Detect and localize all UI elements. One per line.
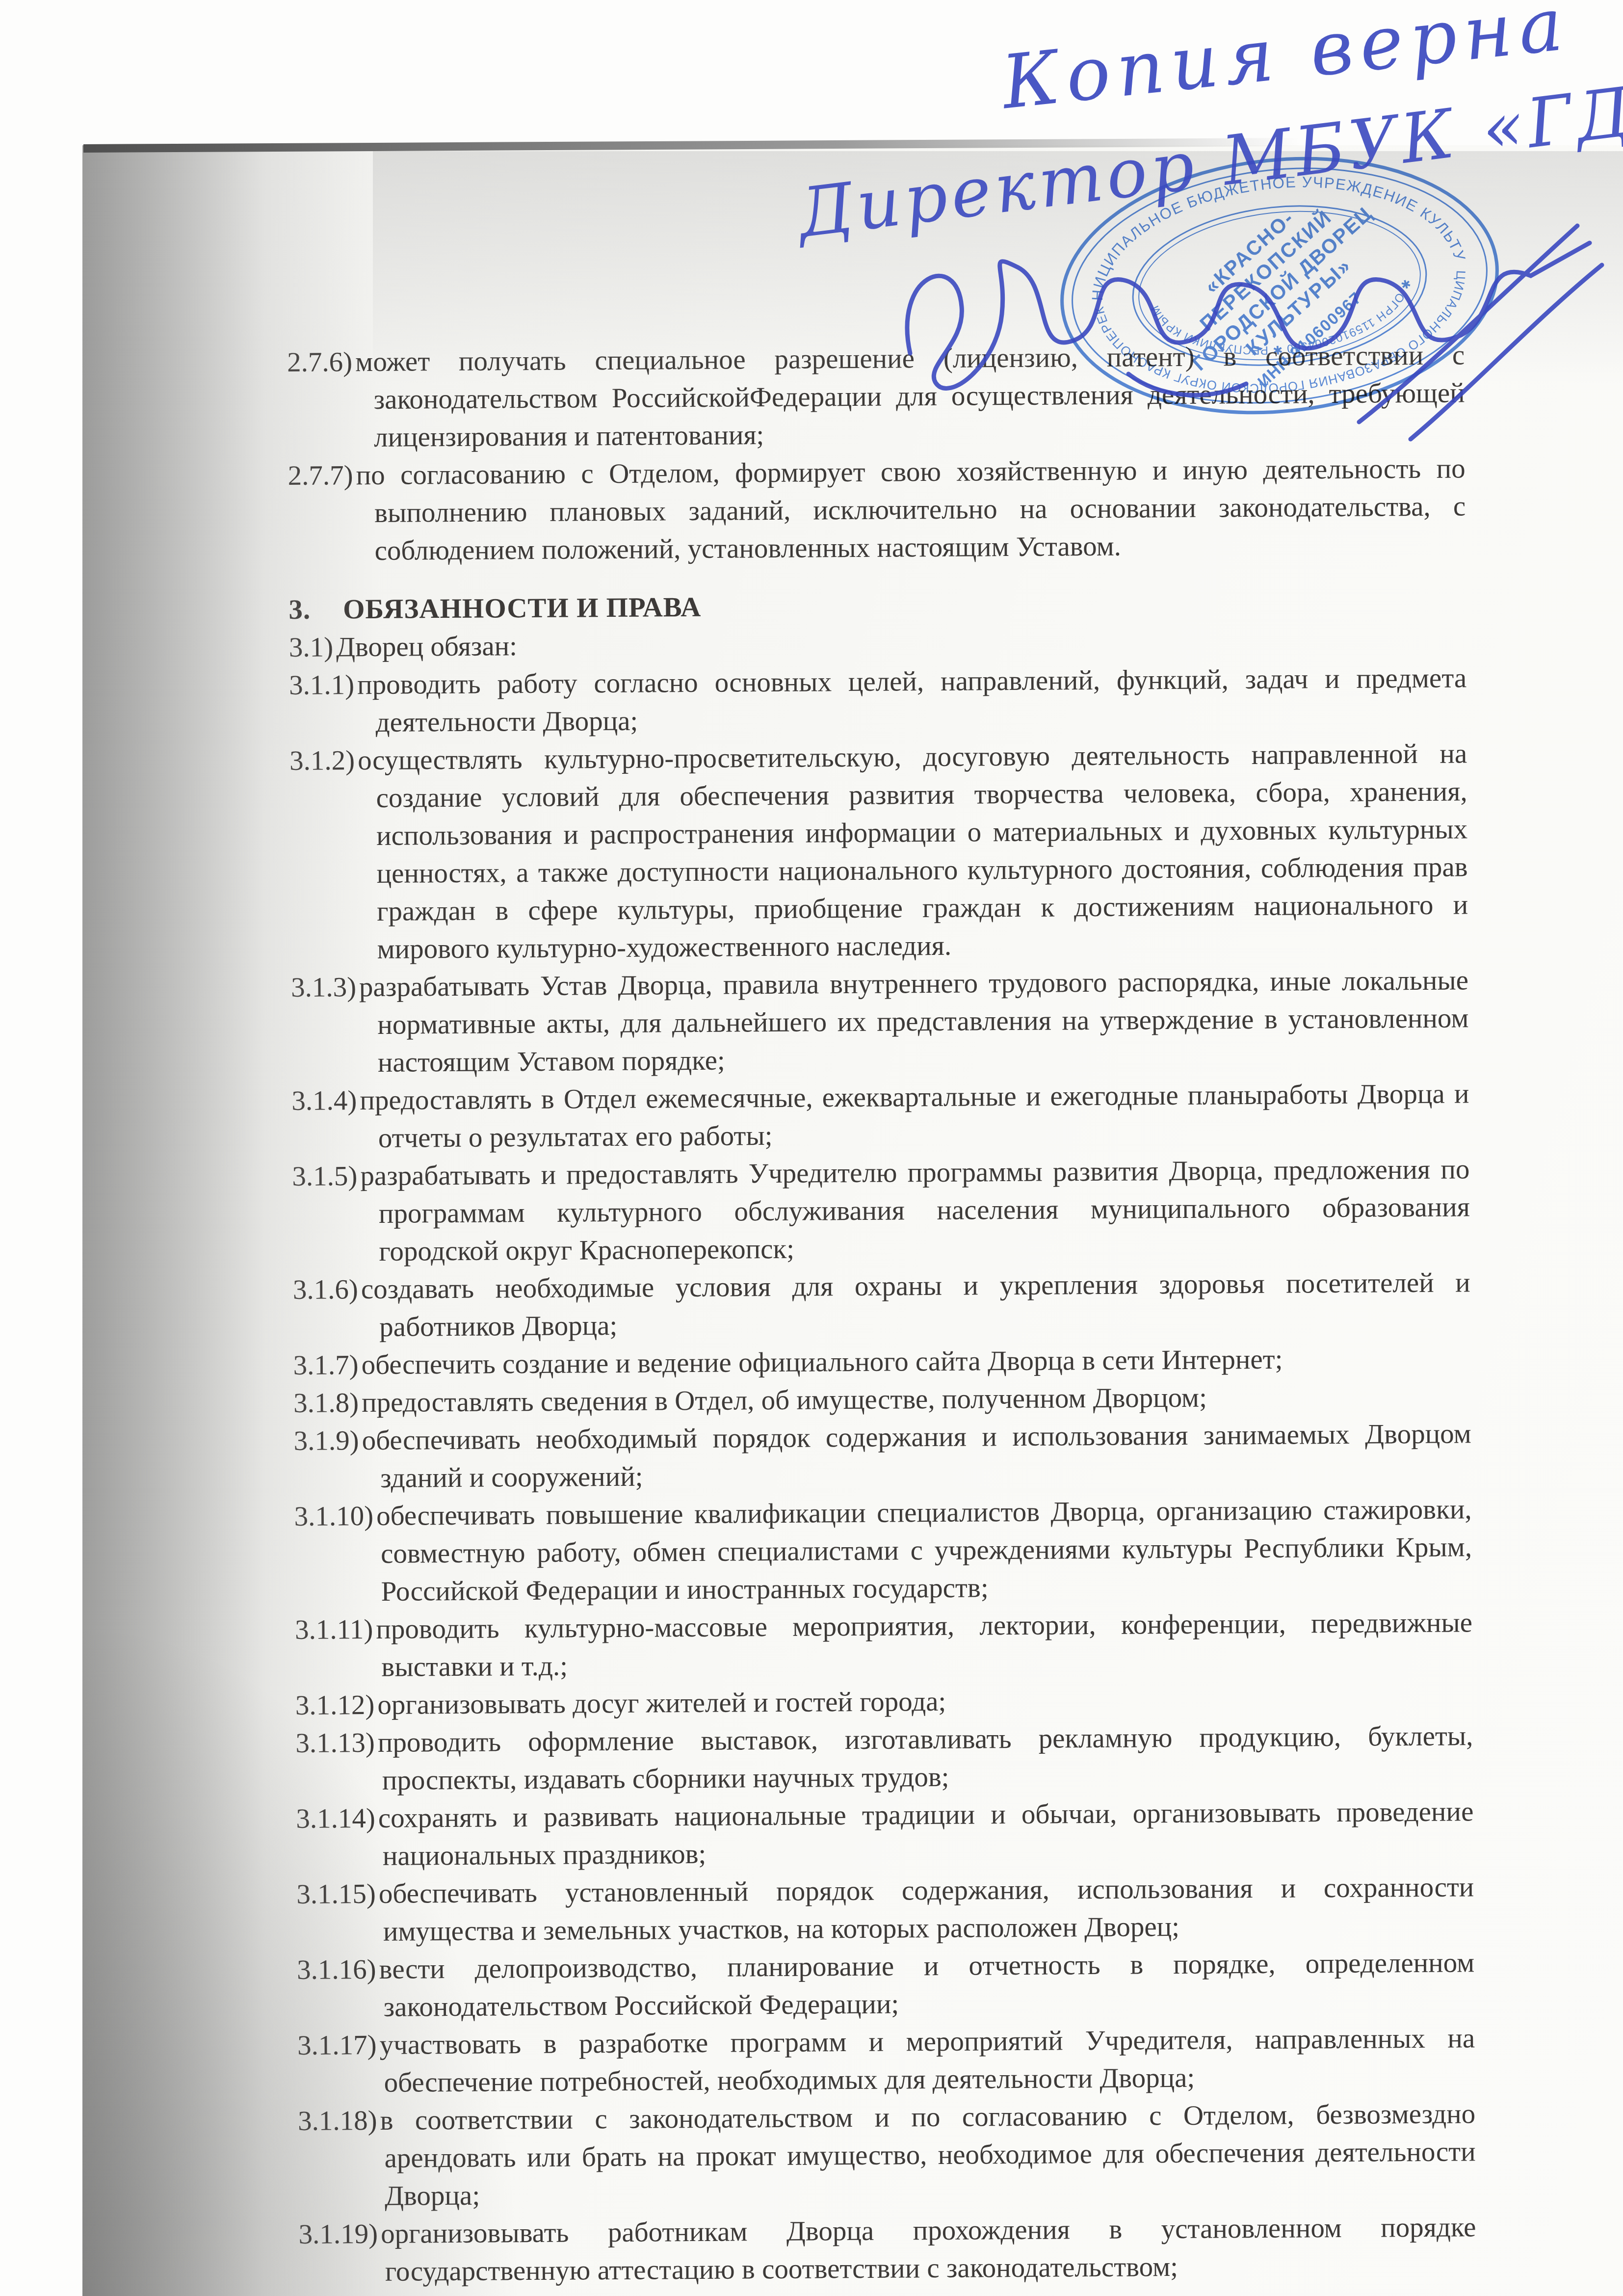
clause-number: 3.1.17): [297, 2030, 377, 2061]
clause-text: участвовать в разработке программ и меро…: [379, 2023, 1475, 2098]
clause-number: 3.1.18): [298, 2105, 377, 2137]
clause-number: 3.1.7): [293, 1349, 359, 1381]
document-body: 2.7.6)может получать специальное разреше…: [287, 336, 1476, 2291]
scanned-document-page: 2.7.6)может получать специальное разреше…: [0, 0, 1623, 2296]
numbered-clause: 2.7.7)по согласованию с Отделом, формиру…: [288, 449, 1466, 570]
clause-number: 3.1.14): [296, 1803, 375, 1834]
clause-number: 3.1.19): [298, 2218, 378, 2250]
numbered-clause: 3.1.5)разрабатывать и предоставлять Учре…: [292, 1150, 1470, 1271]
clause-text: Дворец обязан:: [336, 631, 517, 662]
clause-text: проводить культурно-массовые мероприятия…: [376, 1607, 1472, 1683]
clause-number: 3.1.9): [293, 1425, 359, 1456]
clause-text: сохранять и развивать национальные тради…: [378, 1796, 1474, 1872]
clause-text: проводить оформление выставок, изготавли…: [378, 1720, 1473, 1796]
clause-number: 3.1.11): [295, 1614, 373, 1645]
clause-text: предоставлять в Отдел ежемесячные, ежекв…: [360, 1078, 1469, 1154]
clause-number: 3.1.5): [292, 1161, 357, 1192]
clause-text: организовывать досуг жителей и гостей го…: [377, 1686, 946, 1720]
clause-text: осуществлять культурно-просветительскую,…: [358, 738, 1468, 965]
clause-number: 3.1): [289, 632, 334, 663]
numbered-clause: 3.1.12)организовывать досуг жителей и го…: [295, 1679, 1473, 1724]
numbered-clause: 3.1.16)вести делопроизводство, планирова…: [297, 1944, 1475, 2027]
clause-number: 3.1.3): [291, 972, 356, 1003]
clause-text: разрабатывать и предоставлять Учредителю…: [360, 1154, 1470, 1267]
numbered-clause: 3.1.7)обеспечить создание и ведение офиц…: [293, 1339, 1470, 1384]
clause-text: ОБЯЗАННОСТИ И ПРАВА: [343, 592, 702, 625]
clause-text: вести делопроизводство, планирование и о…: [379, 1947, 1475, 2023]
clause-number: 3.1.13): [295, 1727, 375, 1759]
clause-number: 2.7.7): [288, 460, 353, 491]
clause-number: 3.1.4): [291, 1085, 357, 1116]
clause-text: предоставлять сведения в Отдел, об имуще…: [362, 1382, 1207, 1419]
clause-number: 2.7.6): [287, 346, 352, 378]
numbered-clause: 3.1.4)предоставлять в Отдел ежемесячные,…: [291, 1075, 1469, 1158]
clause-number: 3.1.12): [295, 1689, 375, 1721]
numbered-clause: 3.1.1)проводить работу согласно основных…: [289, 659, 1467, 742]
numbered-clause: 3.1.11)проводить культурно-массовые меро…: [295, 1604, 1473, 1687]
clause-text: разрабатывать Устав Дворца, правила внут…: [359, 965, 1469, 1078]
clause-number: 3.: [288, 594, 311, 625]
clause-text: обеспечить создание и ведение официально…: [362, 1344, 1283, 1380]
clause-number: 3.1.16): [297, 1954, 376, 1985]
numbered-clause: 3.1.14)сохранять и развивать национальны…: [296, 1793, 1474, 1875]
clause-number: 3.1.8): [293, 1387, 359, 1419]
numbered-clause: 3.1.3)разрабатывать Устав Дворца, правил…: [291, 961, 1469, 1082]
numbered-clause: 3.1.13)проводить оформление выставок, из…: [295, 1717, 1473, 1800]
clause-number: 3.1.1): [289, 669, 354, 701]
section-heading: 3.ОБЯЗАННОСТИ И ПРАВА: [288, 583, 1466, 629]
numbered-clause: 3.1.10)обеспечивать повышение квалификац…: [294, 1490, 1472, 1611]
numbered-clause: 3.1.8)предоставлять сведения в Отдел, об…: [293, 1377, 1471, 1422]
numbered-clause: 3.1.15)обеспечивать установленный порядо…: [296, 1868, 1474, 1951]
clause-text: проводить работу согласно основных целей…: [357, 662, 1466, 738]
clause-number: 3.1.6): [293, 1274, 358, 1305]
clause-text: организовывать работникам Дворца прохожд…: [381, 2212, 1476, 2287]
clause-text: обеспечивать установленный порядок содер…: [379, 1872, 1474, 1947]
clause-text: по согласованию с Отделом, формирует сво…: [356, 453, 1466, 566]
signature-scribble: [864, 191, 1623, 466]
numbered-clause: 3.1.19)организовывать работникам Дворца …: [298, 2208, 1476, 2291]
clause-text: обеспечивать необходимый порядок содержа…: [362, 1418, 1471, 1494]
clause-number: 3.1.15): [296, 1878, 376, 1910]
numbered-clause: 3.1.9)обеспечивать необходимый порядок с…: [293, 1415, 1471, 1498]
clause-text: создавать необходимые условия для охраны…: [361, 1267, 1470, 1343]
clause-number: 3.1.2): [289, 745, 355, 776]
numbered-clause: 3.1)Дворец обязан:: [289, 621, 1466, 666]
clause-text: в соответствии с законодательством и по …: [380, 2098, 1475, 2212]
clause-number: 3.1.10): [294, 1501, 373, 1532]
numbered-clause: 3.1.18)в соответствии с законодательство…: [298, 2095, 1476, 2216]
clause-text: обеспечивать повышение квалификации спец…: [376, 1494, 1472, 1607]
numbered-clause: 3.1.6)создавать необходимые условия для …: [293, 1264, 1471, 1346]
numbered-clause: 3.1.17)участвовать в разработке программ…: [297, 2019, 1475, 2102]
numbered-clause: 3.1.2)осуществлять культурно-просветител…: [289, 735, 1468, 969]
